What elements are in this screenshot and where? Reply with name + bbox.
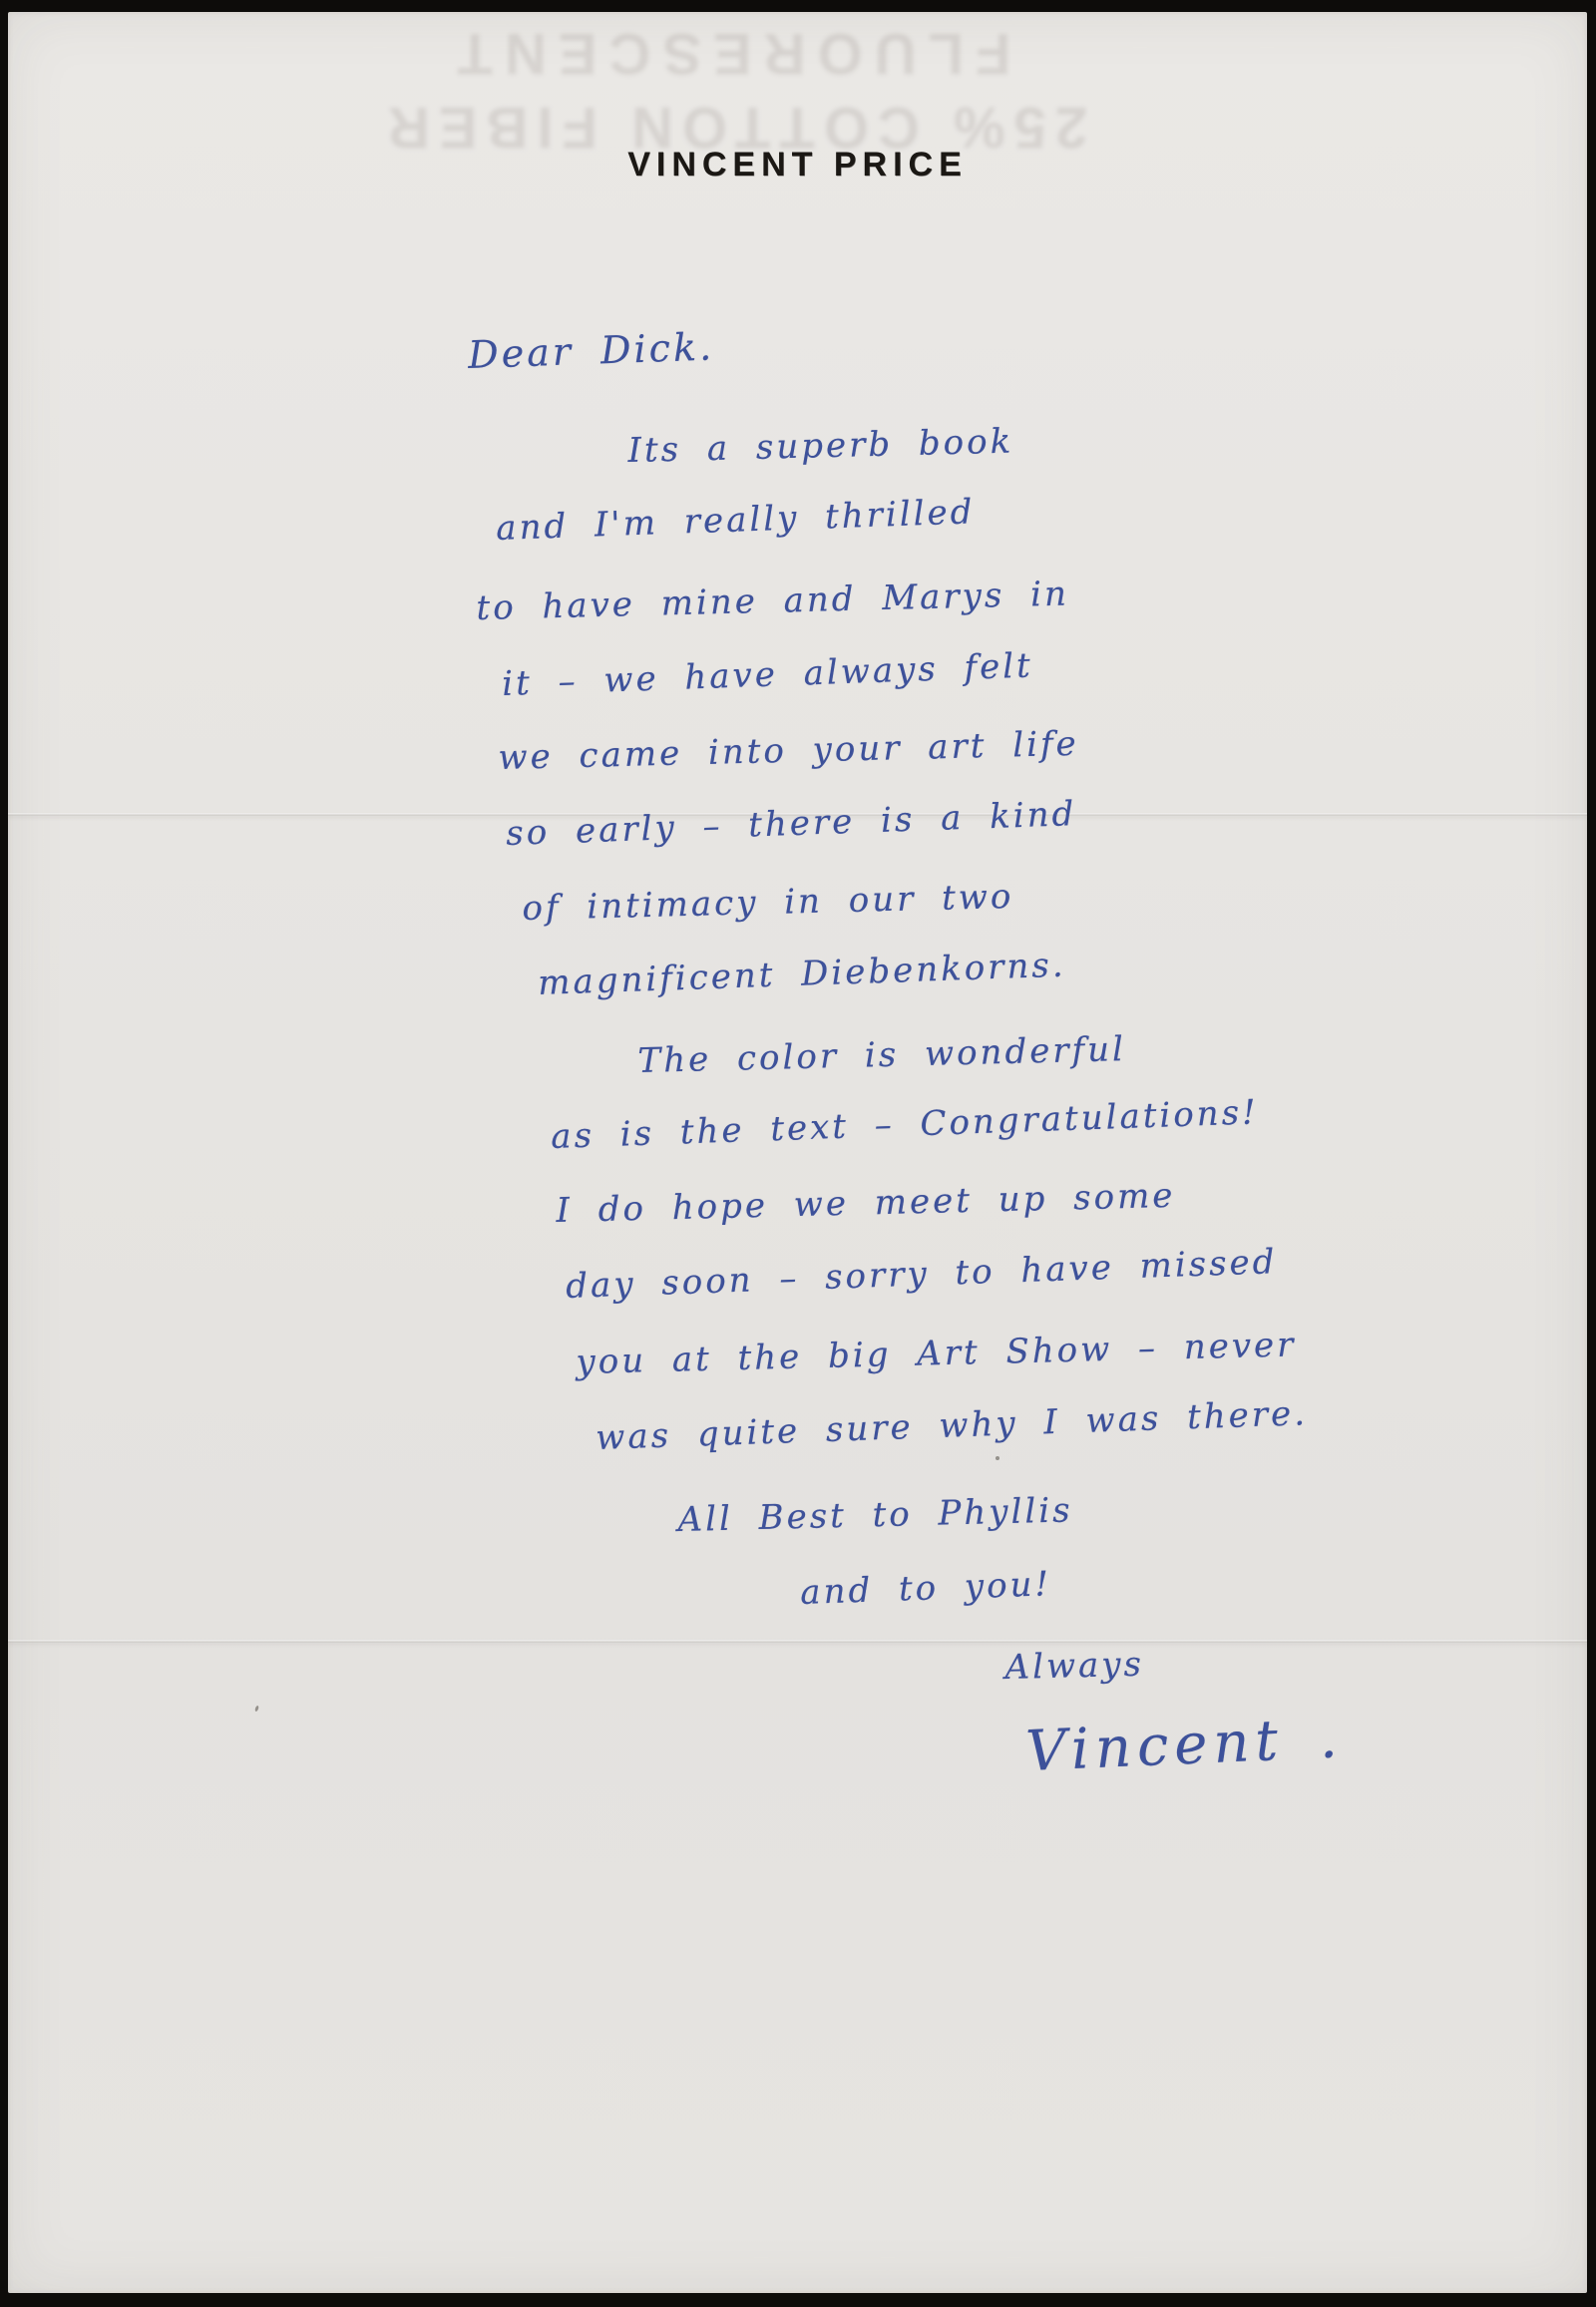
letter-salutation: Dear Dick.	[467, 324, 714, 377]
letter-closing-line: Always	[1004, 1645, 1144, 1688]
letter-line: was quite sure why I was there.	[596, 1393, 1309, 1458]
fold-crease-lower	[8, 1640, 1587, 1643]
letter-closing-line: and to you!	[800, 1564, 1052, 1613]
letter-line: The color is wonderful	[637, 1029, 1126, 1081]
signature: Vincent .	[1024, 1706, 1345, 1784]
letter-line: and I'm really thrilled	[496, 492, 976, 549]
letter-line: you at the big Art Show – never	[576, 1325, 1297, 1382]
letter-line: I do hope we meet up some	[556, 1176, 1176, 1231]
letter-line: Its a superb book	[627, 422, 1014, 471]
letterhead-title: VINCENT PRICE	[627, 146, 968, 185]
dust-speck	[996, 1456, 999, 1460]
letter-line: so early – there is a kind	[506, 794, 1077, 854]
letter-paper: FLUORESCENT 25% COTTON FIBER VINCENT PRI…	[8, 12, 1587, 2293]
dust-speck	[254, 1706, 259, 1713]
letter-closing-line: All Best to Phyllis	[677, 1490, 1073, 1540]
paper-watermark-line1: FLUORESCENT	[445, 20, 1010, 87]
scan-background: FLUORESCENT 25% COTTON FIBER VINCENT PRI…	[0, 0, 1596, 2307]
letter-line: we came into your art life	[498, 724, 1079, 778]
letter-line: day soon – sorry to have missed	[566, 1242, 1279, 1307]
letter-line: as is the text – Congratulations!	[551, 1092, 1260, 1157]
letter-line: magnificent Diebenkorns.	[538, 946, 1067, 1003]
letter-line: it – we have always felt	[502, 645, 1034, 704]
letter-line: of intimacy in our two	[522, 877, 1014, 929]
letter-line: to have mine and Marys in	[476, 574, 1069, 628]
